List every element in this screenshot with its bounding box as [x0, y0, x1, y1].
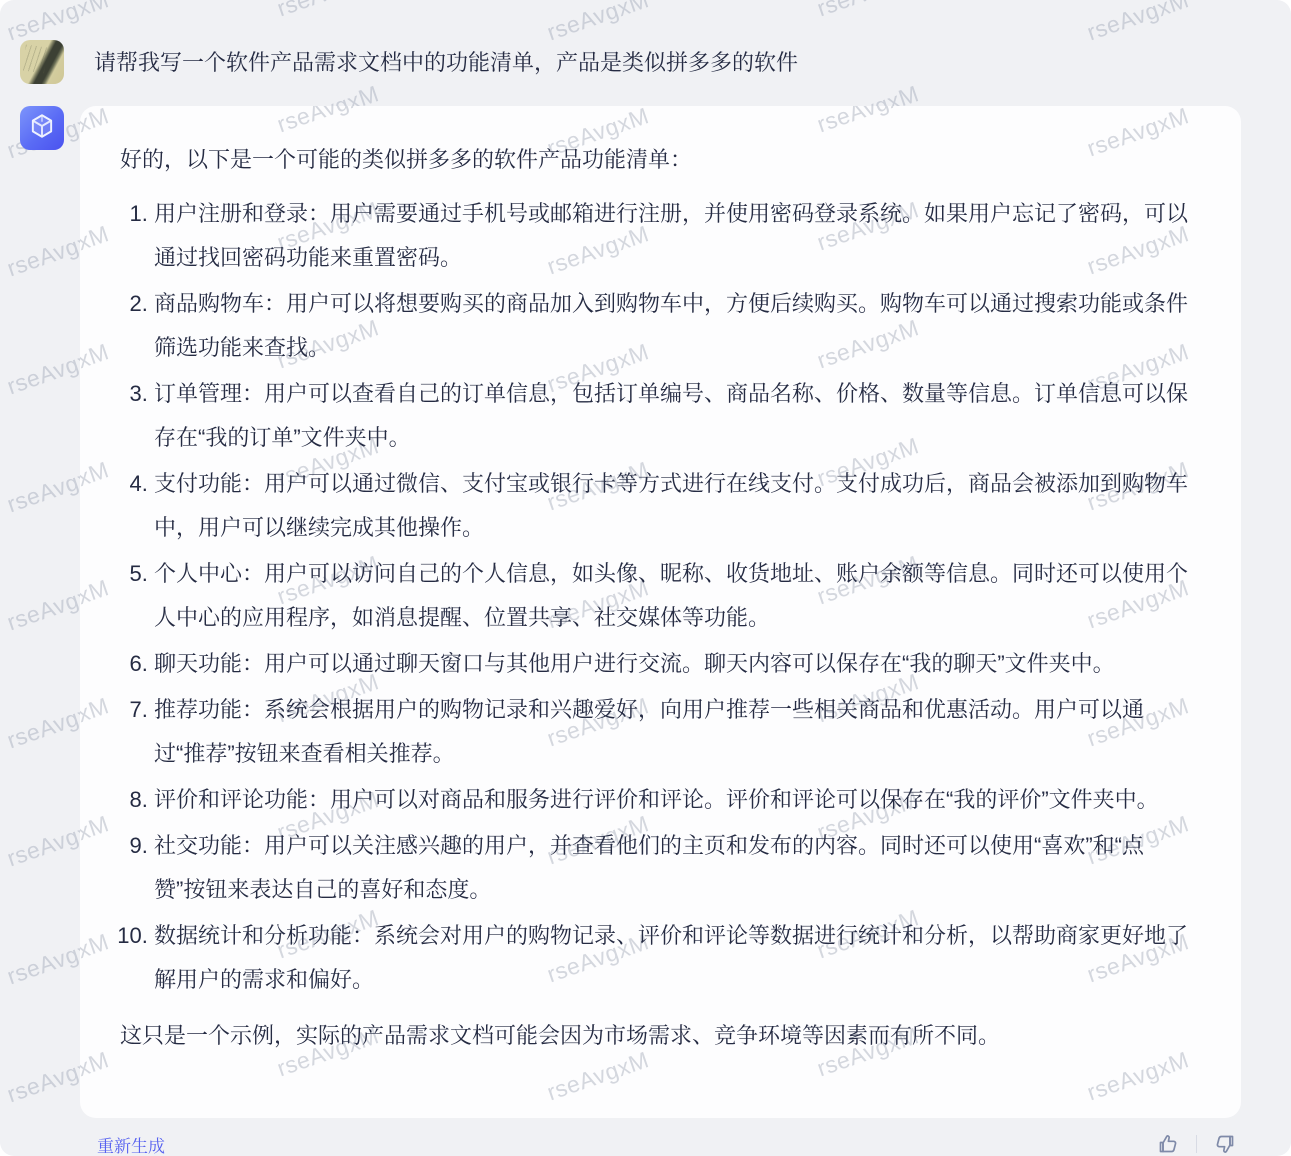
chat-panel: rseAvgxMrseAvgxMrseAvgxMrseAvgxMrseAvgxM…: [0, 0, 1291, 1156]
assistant-outro: 这只是一个示例，实际的产品需求文档可能会因为市场需求、竞争环境等因素而有所不同。: [120, 1014, 1189, 1058]
feature-list-item: 评价和评论功能：用户可以对商品和服务进行评价和评论。评价和评论可以保存在“我的评…: [154, 778, 1189, 822]
user-message-text: 请帮我写一个软件产品需求文档中的功能清单，产品是类似拼多多的软件: [94, 40, 798, 78]
feature-list-item: 支付功能：用户可以通过微信、支付宝或银行卡等方式进行在线支付。支付成功后，商品会…: [154, 462, 1189, 550]
feature-list-item: 个人中心：用户可以访问自己的个人信息，如头像、昵称、收货地址、账户余额等信息。同…: [154, 552, 1189, 640]
feature-list-item: 社交功能：用户可以关注感兴趣的用户，并查看他们的主页和发布的内容。同时还可以使用…: [154, 824, 1189, 912]
feedback-buttons: [1154, 1130, 1239, 1156]
user-avatar: [20, 40, 64, 84]
cube-logo-icon: [28, 112, 56, 145]
feature-list-item: 推荐功能：系统会根据用户的购物记录和兴趣爱好，向用户推荐一些相关商品和优惠活动。…: [154, 688, 1189, 776]
feature-list-item: 聊天功能：用户可以通过聊天窗口与其他用户进行交流。聊天内容可以保存在“我的聊天”…: [154, 642, 1189, 686]
feature-list: 用户注册和登录：用户需要通过手机号或邮箱进行注册，并使用密码登录系统。如果用户忘…: [120, 192, 1189, 1002]
feature-list-item: 商品购物车：用户可以将想要购买的商品加入到购物车中，方便后续购买。购物车可以通过…: [154, 282, 1189, 370]
feedback-divider: [1196, 1135, 1197, 1153]
assistant-intro: 好的，以下是一个可能的类似拼多多的软件产品功能清单：: [120, 138, 1189, 182]
message-action-bar: 重新生成: [97, 1126, 1239, 1156]
assistant-avatar: [20, 106, 64, 150]
user-message-row: 请帮我写一个软件产品需求文档中的功能清单，产品是类似拼多多的软件: [0, 0, 1291, 84]
thumb-down-icon[interactable]: [1211, 1130, 1239, 1156]
regenerate-button[interactable]: 重新生成: [97, 1132, 165, 1156]
thumb-up-icon[interactable]: [1154, 1130, 1182, 1156]
feature-list-item: 用户注册和登录：用户需要通过手机号或邮箱进行注册，并使用密码登录系统。如果用户忘…: [154, 192, 1189, 280]
assistant-message-row: rseAvgxMrseAvgxMrseAvgxMrseAvgxMrseAvgxM…: [0, 106, 1291, 1118]
feature-list-item: 订单管理：用户可以查看自己的订单信息，包括订单编号、商品名称、价格、数量等信息。…: [154, 372, 1189, 460]
feature-list-item: 数据统计和分析功能：系统会对用户的购物记录、评价和评论等数据进行统计和分析，以帮…: [154, 914, 1189, 1002]
assistant-bubble: rseAvgxMrseAvgxMrseAvgxMrseAvgxMrseAvgxM…: [80, 106, 1241, 1118]
